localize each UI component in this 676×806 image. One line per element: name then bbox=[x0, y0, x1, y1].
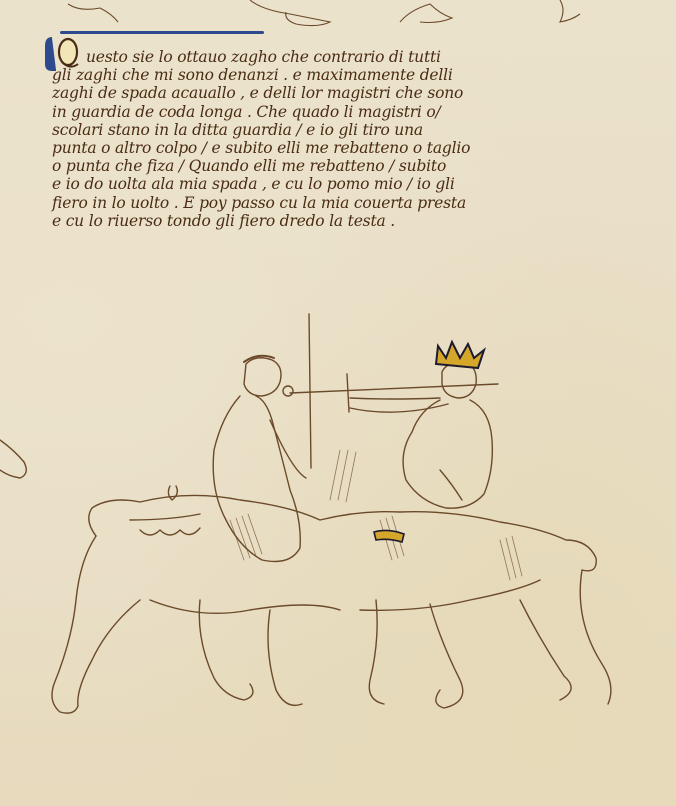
crown-icon bbox=[436, 342, 484, 368]
manuscript-page: uesto sie lo ottauo zagho che contrario … bbox=[0, 0, 676, 806]
text-line: e cu lo riuerso tondo gli fiero dredo la… bbox=[52, 212, 642, 230]
text-line: zaghi de spada acauallo , e delli lor ma… bbox=[52, 84, 642, 102]
text-line: scolari stano in la ditta guardia / e io… bbox=[52, 121, 642, 139]
text-line: o punta che fiza / Quando elli me rebatt… bbox=[52, 157, 642, 175]
top-border-sketches bbox=[0, 0, 676, 30]
belt-band bbox=[374, 530, 404, 542]
text-line: gli zaghi che mi sono denanzi . e maxima… bbox=[52, 66, 642, 84]
text-line: uesto sie lo ottauo zagho che contrario … bbox=[52, 48, 642, 66]
margin-sketch bbox=[0, 440, 26, 478]
rubric-line bbox=[60, 31, 264, 34]
text-line: punta o altro colpo / e subito elli me r… bbox=[52, 139, 642, 157]
text-line: fiero in lo uolto . E poy passo cu la mi… bbox=[52, 194, 642, 212]
text-line: in guardia de coda longa . Che quado li … bbox=[52, 103, 642, 121]
text-block: uesto sie lo ottauo zagho che contrario … bbox=[52, 48, 642, 230]
text-line: e io do uolta ala mia spada , e cu lo po… bbox=[52, 175, 642, 193]
mounted-combat-illustration bbox=[0, 300, 676, 800]
initial-q-icon bbox=[44, 34, 80, 72]
